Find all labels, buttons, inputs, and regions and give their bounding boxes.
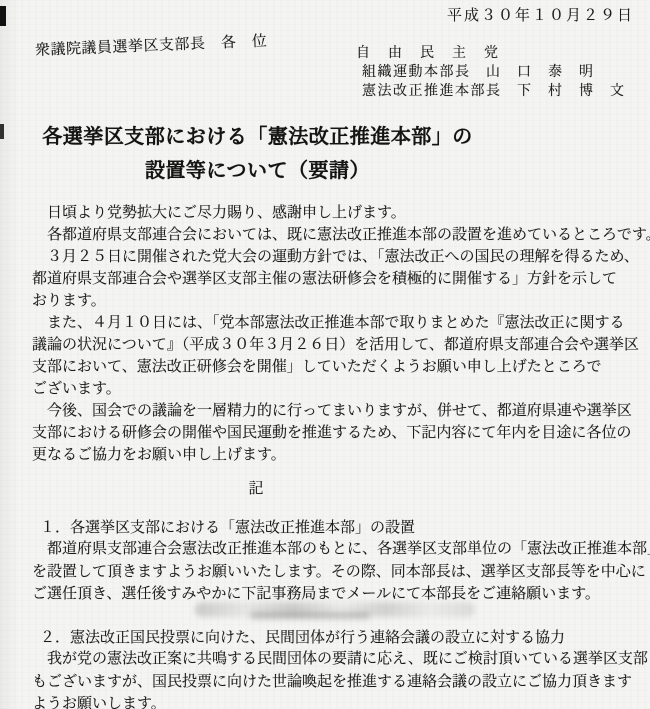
body-line: 都道府県支部連合会や選挙区支部主催の憲法研修会を積極的に開催する」方針を示して (32, 268, 644, 290)
body-text: 日頃より党勢拡大にご尽力賜り、感謝申し上げます。 各都道府県支部連合会においては… (32, 202, 644, 466)
section1-line: 都道府県支部連合会憲法改正推進本部のもとに、各選挙区支部単位の「憲法改正推進本部… (32, 538, 646, 561)
ki-separator-marker: 記 (0, 477, 512, 498)
body-line: 更なるご協力をお願い申し上げます。 (32, 444, 644, 466)
body-line: 今後、国会での議論を一層精力的に行ってまいりますが、併せて、都道府県連や選挙区 (32, 400, 644, 422)
sender-org-chief: 組織運動本部長 山 口 泰 明 (362, 63, 626, 82)
section2-line: 我が党の憲法改正案に共鳴する民間団体の要請に応え、既にご検討頂いている選挙区支部 (32, 648, 646, 671)
body-line: 支部における研修会の開催や国民運動を推進するため、下記内容にて年内を目途に各位の (32, 422, 644, 444)
scan-artifact-mark (0, 6, 6, 26)
body-line: 日頃より党勢拡大にご尽力賜り、感謝申し上げます。 (32, 202, 644, 224)
document-date: 平成３０年１０月２９日 (447, 4, 634, 25)
section1-heading: １．各選挙区支部における「憲法改正推進本部」の設置 (40, 516, 415, 537)
body-line: おります。 (32, 290, 644, 312)
addressee-line: 衆議院議員選挙区支部長 各 位 (35, 30, 268, 60)
section2-heading: ２．憲法改正国民投票に向けた、民間団体が行う連絡会議の設立に対する協力 (40, 626, 565, 647)
bleed-through-smudge (250, 612, 370, 619)
sender-block: 自 由 民 主 党 組織運動本部長 山 口 泰 明 憲法改正推進本部長 下 村 … (356, 44, 626, 101)
scanned-letter-page: 平成３０年１０月２９日 衆議院議員選挙区支部長 各 位 自 由 民 主 党 組織… (0, 0, 650, 709)
document-title-line1: 各選挙区支部における「憲法改正推進本部」の (0, 120, 515, 154)
section2-line: もございますが、国民投票に向けた世論喚起を推進する連絡会議の設立にご協力頂きます (32, 671, 646, 694)
section2-line: ようお願いします。 (32, 693, 646, 709)
body-line: 議論の状況について』（平成３０年３月２６日）を活用して、都道府県支部連合会や選挙… (32, 334, 644, 356)
document-title: 各選挙区支部における「憲法改正推進本部」の 設置等について（要請） (0, 120, 515, 188)
sender-constitution-chief: 憲法改正推進本部長 下 村 博 文 (362, 82, 626, 101)
document-title-line2: 設置等について（要請） (0, 154, 515, 188)
section1-line: を設置して頂きますようお願いいたします。その際、同本部長は、選挙区支部長等を中心… (32, 561, 646, 584)
body-line: 各都道府県支部連合会においては、既に憲法改正推進本部の設置を進めているところです… (32, 224, 644, 246)
sender-party-name: 自 由 民 主 党 (356, 44, 626, 63)
section1-body: 都道府県支部連合会憲法改正推進本部のもとに、各選挙区支部単位の「憲法改正推進本部… (32, 538, 646, 606)
body-line: ございます。 (32, 378, 644, 400)
section2-body: 我が党の憲法改正案に共鳴する民間団体の要請に応え、既にご検討頂いている選挙区支部… (32, 648, 646, 709)
body-line: 支部において、憲法改正研修会を開催」していただくようお願い申し上げたところで (32, 356, 644, 378)
body-line: ３月２５日に開催された党大会の運動方針では、「憲法改正への国民の理解を得るため、 (32, 246, 644, 268)
body-line: また、４月１０日には、「党本部憲法改正推進本部で取りまとめた『憲法改正に関する (32, 312, 644, 334)
